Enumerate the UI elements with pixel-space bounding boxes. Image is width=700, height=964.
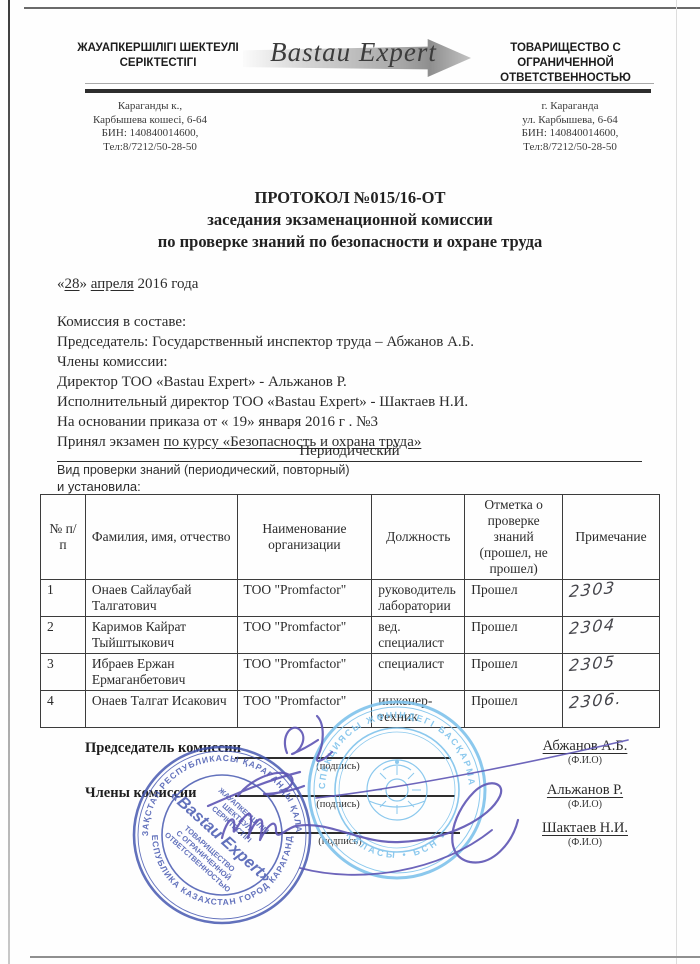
logo-text: Bastau Expert (251, 37, 456, 68)
date-month: апреля (91, 276, 134, 292)
check-type-note: Вид проверки знаний (периодический, повт… (57, 463, 350, 477)
scan-edge-left (8, 0, 10, 964)
row2-handwritten-number: 2304 (568, 617, 616, 637)
company-name-russian-line1: ТОВАРИЩЕСТВО С ОГРАНИЧЕННОЙ (463, 41, 668, 71)
address-left-phone: Тел:8/7212/50-28-50 (55, 141, 245, 155)
address-left-city: Караганды к., (55, 100, 245, 114)
commission-members-label: Члены комиссии: (57, 352, 648, 372)
table-row: 2 Каримов Кайрат Тыйштыкович ТОО "Promfa… (41, 617, 660, 654)
row1-note: 2303 (563, 580, 660, 617)
protocol-title-number: ПРОТОКОЛ №015/16-ОТ (0, 187, 700, 209)
address-right-bin: БИН: 140840014600, (475, 127, 665, 141)
row2-name: Каримов Кайрат Тыйштыкович (85, 617, 237, 654)
date-year: 2016 года (134, 276, 199, 292)
company-name-russian: ТОВАРИЩЕСТВО С ОГРАНИЧЕННОЙ ОТВЕТСТВЕННО… (463, 41, 668, 86)
commission-member-2: Исполнительный директор ТОО «Bastau Expe… (57, 392, 648, 412)
row2-number: 2 (41, 617, 86, 654)
table-header-row: № п/п Фамилия, имя, отчество Наименовани… (41, 495, 660, 580)
row1-position: руководитель лаборатории (372, 580, 465, 617)
date-line: «28» апреля 2016 года (57, 276, 198, 293)
state-stamp-rim-bottom-text: ҚАЛАСЫ • БСН • (344, 829, 449, 860)
address-left-bin: БИН: 140840014600, (55, 127, 245, 141)
protocol-title-line3: по проверке знаний по безопасности и охр… (0, 231, 700, 253)
row2-note: 2304 (563, 617, 660, 654)
scan-edge-right (676, 0, 677, 964)
col-header-number: № п/п (41, 495, 86, 580)
protocol-title-line2: заседания экзаменационной комиссии (0, 209, 700, 231)
row4-number: 4 (41, 691, 86, 728)
svg-text:ИНСПЕКЦИЯСЫ ЖӨНІНДЕГІ БАСҚАРМА: ИНСПЕКЦИЯСЫ ЖӨНІНДЕГІ БАСҚАРМАСЫ (100, 680, 477, 789)
date-open-quote: « (57, 276, 65, 292)
col-header-position: Должность (372, 495, 465, 580)
row1-result: Прошел (465, 580, 563, 617)
row3-handwritten-number: 2305 (568, 654, 616, 674)
stamps-and-ink-overlay: ИНСПЕКЦИЯСЫ ЖӨНІНДЕГІ БАСҚАРМАСЫ ҚАЛАСЫ … (100, 680, 660, 950)
date-day: 28 (65, 276, 80, 292)
col-header-note: Примечание (563, 495, 660, 580)
state-stamp-rim-top-text: ИНСПЕКЦИЯСЫ ЖӨНІНДЕГІ БАСҚАРМАСЫ (100, 680, 477, 789)
row2-organization: ТОО "Promfactor" (237, 617, 372, 654)
bastau-expert-logo: Bastau Expert (243, 33, 471, 81)
company-name-kazakh-line2: СЕРІКТЕСТІГІ (68, 56, 248, 71)
address-left-street: Карбышева кошесі, 6-64 (55, 114, 245, 128)
row1-organization: ТОО "Promfactor" (237, 580, 372, 617)
address-right-city: г. Караганда (475, 100, 665, 114)
order-basis: На основании приказа от « 19» января 201… (57, 412, 648, 432)
row1-number: 1 (41, 580, 86, 617)
table-row: 1 Онаев Сайлаубай Талгатович ТОО "Promfa… (41, 580, 660, 617)
address-right: г. Караганда ул. Карбышева, 6-64 БИН: 14… (475, 100, 665, 154)
check-type-value: Периодический (57, 443, 642, 462)
row2-result: Прошел (465, 617, 563, 654)
commission-chairman: Председатель: Государственный инспектор … (57, 332, 648, 352)
scanned-protocol-document: ЖАУАПКЕРШІЛІГІ ШЕКТЕУЛІ СЕРІКТЕСТІГІ Bas… (0, 0, 700, 964)
address-left: Караганды к., Карбышева кошесі, 6-64 БИН… (55, 100, 245, 154)
row1-name: Онаев Сайлаубай Талгатович (85, 580, 237, 617)
header-divider-thick (85, 89, 651, 93)
row1-handwritten-number: 2303 (568, 580, 616, 600)
col-header-organization: Наименование организации (237, 495, 372, 580)
svg-text:ҚАЛАСЫ • БСН •: ҚАЛАСЫ • БСН • (344, 829, 449, 860)
col-header-result: Отметка о проверке знаний (прошел, не пр… (465, 495, 563, 580)
commission-intro: Комиссия в составе: (57, 312, 648, 332)
scan-edge-top (24, 7, 700, 9)
resolved-label: и установила: (57, 479, 141, 494)
address-right-street: ул. Карбышева, 6-64 (475, 114, 665, 128)
commission-member-1: Директор ТОО «Bastau Expert» - Альжанов … (57, 372, 648, 392)
scan-edge-bottom (30, 956, 700, 958)
commission-list: Комиссия в составе: Председатель: Госуда… (57, 312, 648, 452)
header-divider-thin (85, 83, 654, 84)
company-name-kazakh-line1: ЖАУАПКЕРШІЛІГІ ШЕКТЕУЛІ (68, 41, 248, 56)
company-stamp: ҚАЗАҚСТАН РЕСПУБЛИКАСЫ ҚАРАҒАНДЫ ҚАЛАСЫ … (100, 680, 310, 923)
row3-number: 3 (41, 654, 86, 691)
address-right-phone: Тел:8/7212/50-28-50 (475, 141, 665, 155)
protocol-title: ПРОТОКОЛ №015/16-ОТ заседания экзаменаци… (0, 187, 700, 253)
date-close-quote: » (80, 276, 91, 292)
row2-position: вед. специалист (372, 617, 465, 654)
company-name-kazakh: ЖАУАПКЕРШІЛІГІ ШЕКТЕУЛІ СЕРІКТЕСТІГІ (68, 41, 248, 71)
col-header-name: Фамилия, имя, отчество (85, 495, 237, 580)
